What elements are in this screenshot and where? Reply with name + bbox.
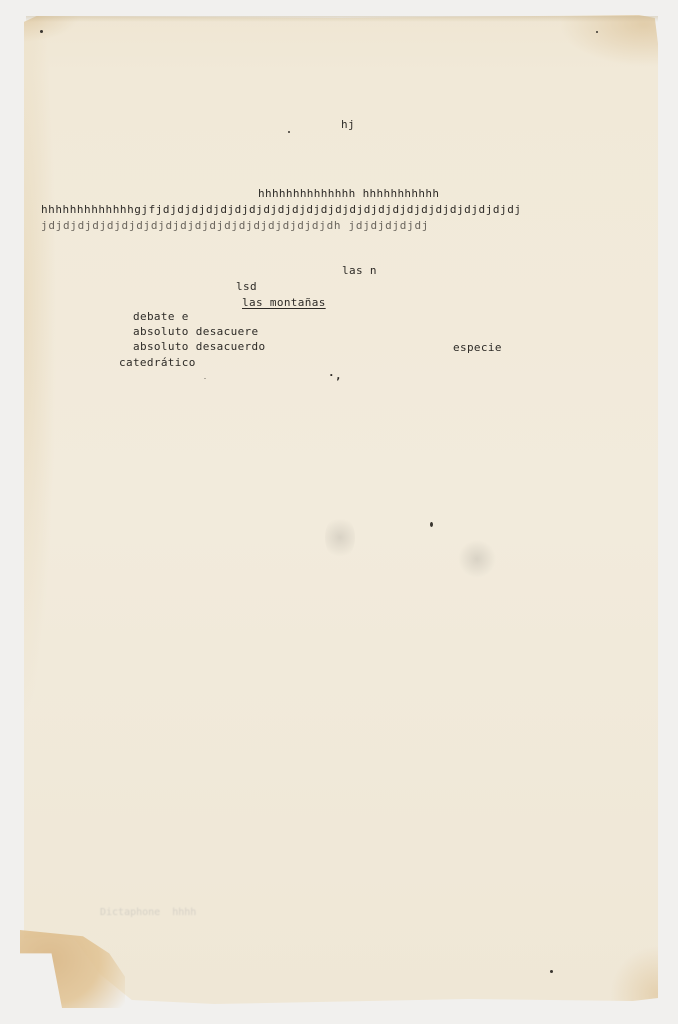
absoluto-line-1: absoluto desacuere [133,325,259,339]
ink-speck [550,970,553,973]
stray-mark: ·, [328,369,342,383]
ink-speck [40,30,43,33]
las-montanas-heading: las montañas [242,296,326,310]
top-mark-text: hj [341,118,355,132]
las-n-text: las n [342,264,377,278]
h-row-upper: hhhhhhhhhhhhhh hhhhhhhhhhh [258,187,439,201]
paper-smudge [458,540,496,578]
catedratico-text: catedrático [119,356,196,370]
ink-speck [430,522,433,527]
paper-sheet [24,14,658,1004]
ink-speck [204,378,206,379]
show-through-text: Dictaphone hhhh [100,907,196,918]
paper-top-edge [26,16,658,22]
scanned-page-background: hj hhhhhhhhhhhhhh hhhhhhhhhhh hhhhhhhhhh… [0,0,678,1024]
especie-text: especie [453,341,502,355]
ink-speck [288,131,290,133]
paper-smudge [325,515,355,560]
jd-practice-row: jdjdjdjdjdjdjdjdjdjdjdjdjdjdjdjdjdjdjdjd… [41,219,429,233]
ink-speck [596,31,598,33]
absoluto-line-2: absoluto desacuerdo [133,340,265,354]
h-row-lower: hhhhhhhhhhhhhgjfjdjdjdjdjdjdjdjdjdjdjdjd… [41,203,522,217]
debate-text: debate e [133,310,189,324]
lsd-text: lsd [236,280,257,294]
